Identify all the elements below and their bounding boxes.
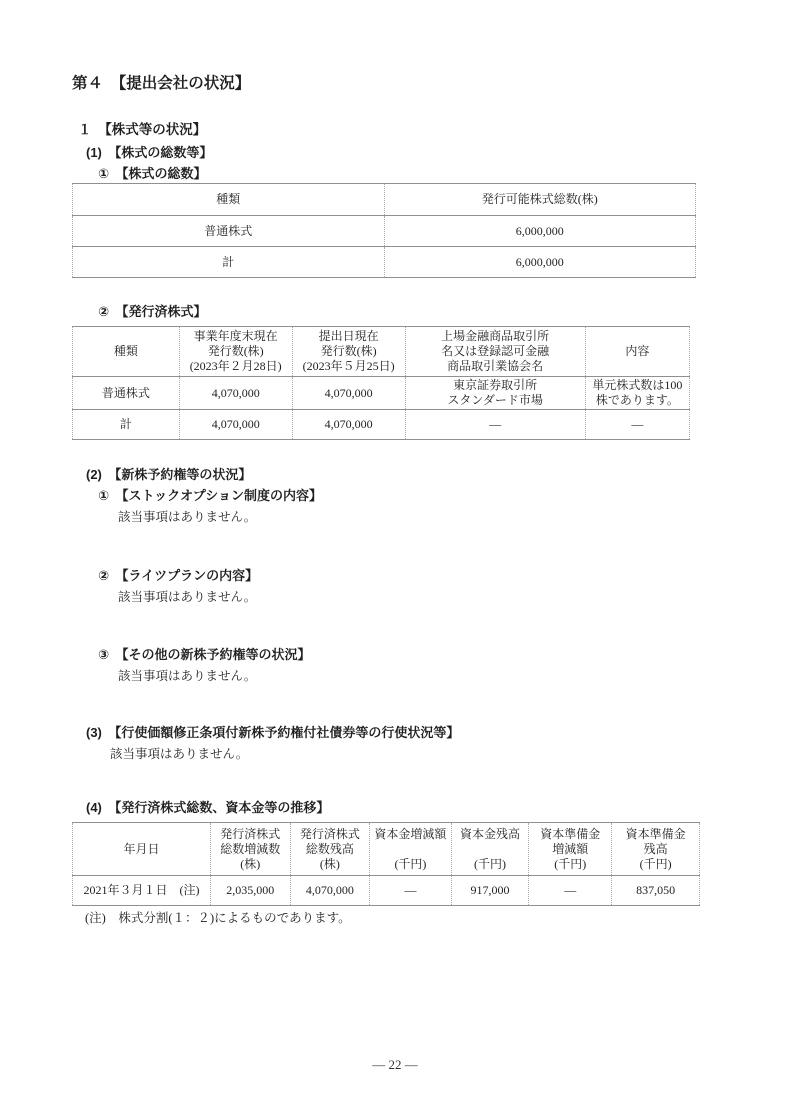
page-title: 第４ 【提出会社の状況】 <box>72 0 790 94</box>
cell-fy-end-shares: 4,070,000 <box>179 377 292 410</box>
not-applicable-text: 該当事項はありません。 <box>110 745 790 764</box>
section-heading-rights-plan: ② 【ライツプランの内容】 <box>98 566 790 585</box>
cell-capital-balance: 917,000 <box>451 876 529 906</box>
not-applicable-text: 該当事項はありません。 <box>118 508 790 527</box>
not-applicable-text: 該当事項はありません。 <box>118 588 790 607</box>
header-cell-content: 内容 <box>585 327 689 377</box>
cell-type: 普通株式 <box>73 377 180 410</box>
cell-value: 6,000,000 <box>384 216 696 247</box>
header-cell-date: 年月日 <box>73 823 211 876</box>
section-heading-capital-history: (4) 【発行済株式総数、資本金等の推移】 <box>86 798 790 817</box>
section-heading-shares-total: ① 【株式の総数】 <box>98 164 790 183</box>
header-cell-filing-date: 提出日現在 発行数(株) (2023年５月25日) <box>292 327 405 377</box>
cell-content: ― <box>585 410 689 440</box>
header-cell-type: 種類 <box>73 327 180 377</box>
header-cell-capital-change: 資本金増減額 (千円) <box>370 823 452 876</box>
section-heading-other-warrants: ③ 【その他の新株予約権等の状況】 <box>98 645 790 664</box>
table-row: 普通株式 6,000,000 <box>73 216 696 247</box>
cell-type: 計 <box>73 410 180 440</box>
cell-reserve-balance: 837,050 <box>612 876 700 906</box>
section-heading-warrants: (2) 【新株予約権等の状況】 <box>86 465 790 484</box>
section-heading-shares-status: １ 【株式等の状況】 <box>78 120 790 139</box>
cell-shares-balance: 4,070,000 <box>290 876 370 906</box>
cell-type: 計 <box>73 247 385 278</box>
table-row: 普通株式 4,070,000 4,070,000 東京証券取引所 スタンダード市… <box>73 377 690 410</box>
table-row: 2021年３月１日 (注) 2,035,000 4,070,000 ― 917,… <box>73 876 700 906</box>
section-heading-issued-shares: ② 【発行済株式】 <box>98 302 790 321</box>
cell-reserve-change: ― <box>529 876 612 906</box>
cell-capital-change: ― <box>370 876 452 906</box>
table-header-row: 種類 発行可能株式総数(株) <box>73 184 696 216</box>
table-row-total: 計 4,070,000 4,070,000 ― ― <box>73 410 690 440</box>
header-cell-reserve-change: 資本準備金 増減額 (千円) <box>529 823 612 876</box>
header-cell-exchange: 上場金融商品取引所 名又は登録認可金融 商品取引業協会名 <box>405 327 585 377</box>
cell-filing-date-shares: 4,070,000 <box>292 410 405 440</box>
not-applicable-text: 該当事項はありません。 <box>118 667 790 686</box>
header-cell-reserve-balance: 資本準備金 残高 (千円) <box>612 823 700 876</box>
header-cell-authorized-shares: 発行可能株式総数(株) <box>384 184 696 216</box>
issued-shares-table: 種類 事業年度末現在 発行数(株) (2023年２月28日) 提出日現在 発行数… <box>72 326 690 440</box>
document-page: 第４ 【提出会社の状況】 １ 【株式等の状況】 (1) 【株式の総数等】 ① 【… <box>0 0 790 1118</box>
section-heading-exercise-status: (3) 【行使価額修正条項付新株予約権付社債券等の行使状況等】 <box>86 723 790 742</box>
cell-exchange: 東京証券取引所 スタンダード市場 <box>405 377 585 410</box>
cell-date: 2021年３月１日 (注) <box>73 876 211 906</box>
cell-type: 普通株式 <box>73 216 385 247</box>
table-header-row: 年月日 発行済株式 総数増減数 (株) 発行済株式 総数残高 (株) 資本金増減… <box>73 823 700 876</box>
table-header-row: 種類 事業年度末現在 発行数(株) (2023年２月28日) 提出日現在 発行数… <box>73 327 690 377</box>
header-cell-capital-balance: 資本金残高 (千円) <box>451 823 529 876</box>
cell-filing-date-shares: 4,070,000 <box>292 377 405 410</box>
header-cell-shares-balance: 発行済株式 総数残高 (株) <box>290 823 370 876</box>
table-row-total: 計 6,000,000 <box>73 247 696 278</box>
footnote: (注) 株式分割(１：２)によるものであります。 <box>85 909 790 927</box>
header-cell-fy-end: 事業年度末現在 発行数(株) (2023年２月28日) <box>179 327 292 377</box>
cell-exchange: ― <box>405 410 585 440</box>
cell-shares-change: 2,035,000 <box>210 876 290 906</box>
cell-fy-end-shares: 4,070,000 <box>179 410 292 440</box>
page-number: ― 22 ― <box>0 1057 790 1073</box>
header-cell-type: 種類 <box>73 184 385 216</box>
capital-history-table: 年月日 発行済株式 総数増減数 (株) 発行済株式 総数残高 (株) 資本金増減… <box>72 822 700 906</box>
cell-content: 単元株式数は100 株であります。 <box>585 377 689 410</box>
shares-total-table: 種類 発行可能株式総数(株) 普通株式 6,000,000 計 6,000,00… <box>72 183 696 278</box>
header-cell-shares-change: 発行済株式 総数増減数 (株) <box>210 823 290 876</box>
section-heading-shares-total-group: (1) 【株式の総数等】 <box>86 143 790 162</box>
section-heading-stock-option: ① 【ストックオプション制度の内容】 <box>98 486 790 505</box>
cell-value: 6,000,000 <box>384 247 696 278</box>
